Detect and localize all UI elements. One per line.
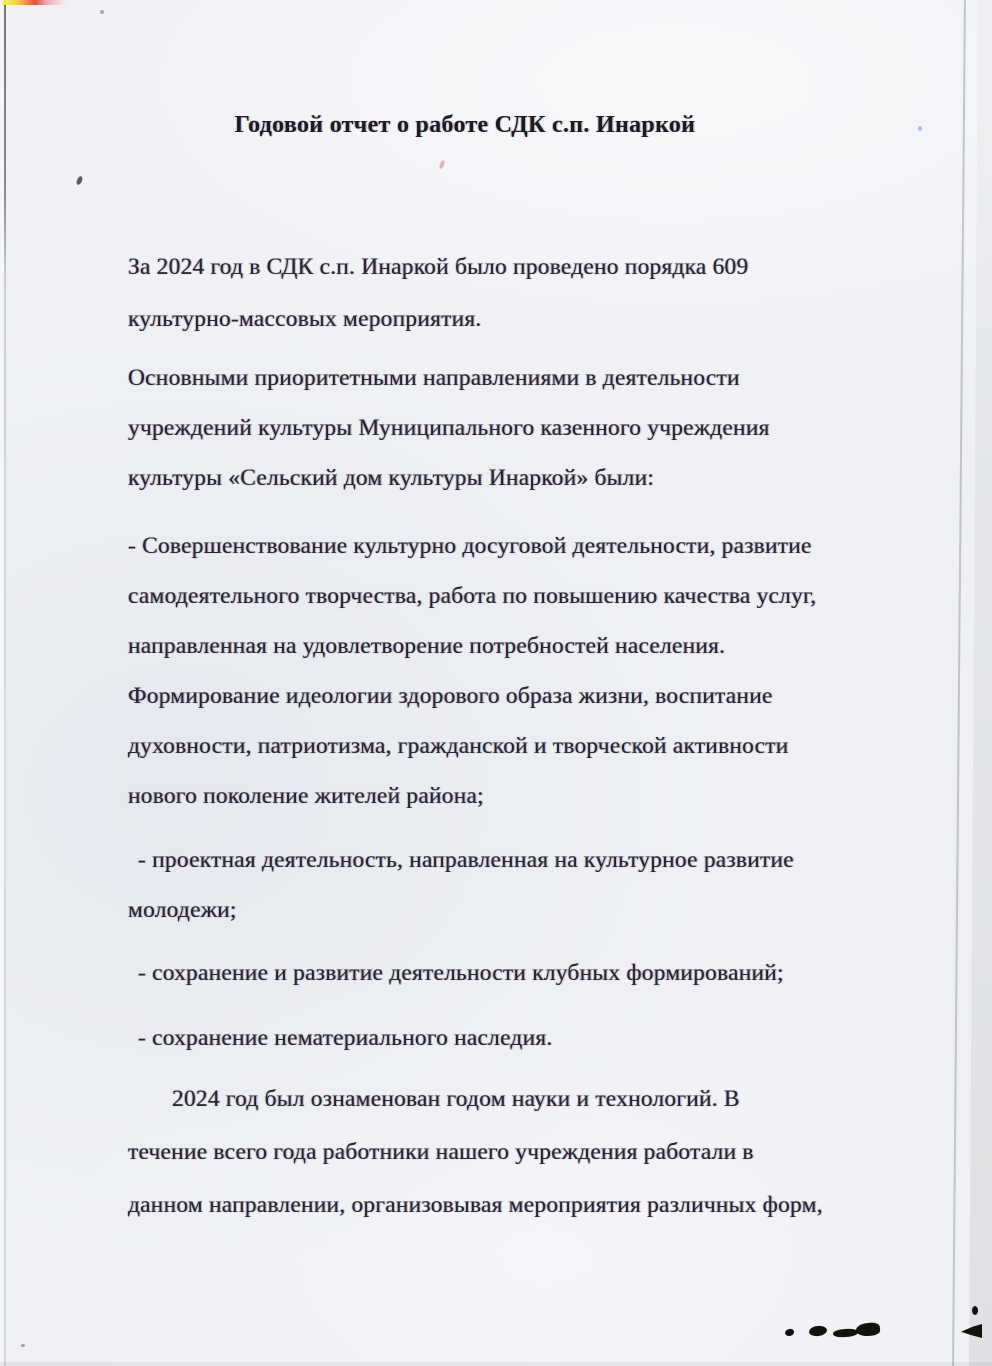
scan-color-artifact-strip bbox=[2, 0, 66, 5]
paragraph-bullet-improvement: - Совершенствование культурно досуговой … bbox=[128, 521, 918, 671]
paragraph-bullet-projects: - проектная деятельность, направленная н… bbox=[128, 835, 918, 935]
text-line: 2024 год был ознаменован годом науки и т… bbox=[128, 1073, 918, 1126]
paragraph-events-count: За 2024 год в СДК с.п. Инаркой было пров… bbox=[128, 241, 918, 345]
text-line: Формирование идеологии здорового образа … bbox=[128, 671, 918, 721]
paragraph-ideology-formation: Формирование идеологии здорового образа … bbox=[128, 671, 918, 821]
paragraph-year-of-science: 2024 год был ознаменован годом науки и т… bbox=[128, 1073, 918, 1232]
text-line: молодежи; bbox=[128, 885, 918, 935]
text-line: духовности, патриотизма, гражданской и т… bbox=[128, 721, 918, 771]
scan-right-paper-edge bbox=[952, 0, 966, 1366]
text-line: данном направлении, организовывая меропр… bbox=[128, 1179, 918, 1232]
text-line: нового поколение жителей района; bbox=[128, 771, 918, 821]
ink-blot bbox=[972, 1306, 978, 1315]
scan-speck-grey bbox=[100, 10, 104, 14]
scan-left-edge-line bbox=[4, 0, 6, 1366]
text-line: - проектная деятельность, направленная н… bbox=[128, 835, 918, 885]
document-title: Годовой отчет о работе СДК с.п. Инаркой bbox=[0, 112, 930, 139]
scan-speck-red bbox=[438, 160, 445, 170]
ink-blot bbox=[784, 1328, 794, 1336]
text-line: - Совершенствование культурно досуговой … bbox=[128, 521, 918, 571]
ink-blot bbox=[833, 1328, 858, 1338]
text-line: Основными приоритетными направлениями в … bbox=[128, 353, 918, 403]
text-line: культурно-массовых мероприятия. bbox=[128, 293, 918, 345]
paragraph-priorities-intro: Основными приоритетными направлениями в … bbox=[128, 353, 918, 503]
text-line: самодеятельного творчества, работа по по… bbox=[128, 571, 918, 621]
text-line: - сохранение нематериального наследия. bbox=[128, 1013, 918, 1063]
text-line: - сохранение и развитие деятельности клу… bbox=[128, 948, 918, 998]
text-line: течение всего года работники нашего учре… bbox=[128, 1126, 918, 1179]
ink-blot bbox=[855, 1322, 880, 1337]
scanned-document-page: Годовой отчет о работе СДК с.п. Инаркой … bbox=[0, 0, 992, 1366]
scan-bottom-shadow bbox=[0, 1362, 992, 1366]
scan-speck-blue bbox=[918, 126, 922, 131]
text-line: направленная на удовлетворение потребнос… bbox=[128, 621, 918, 671]
text-line: За 2024 год в СДК с.п. Инаркой было пров… bbox=[128, 241, 918, 293]
text-line: учреждений культуры Муниципального казен… bbox=[128, 403, 918, 453]
scan-speck-bottom-left bbox=[21, 1344, 25, 1347]
text-line: культуры «Сельский дом культуры Инаркой»… bbox=[128, 453, 918, 503]
paragraph-bullet-heritage: - сохранение нематериального наследия. bbox=[128, 1013, 918, 1063]
scan-speck-comma bbox=[76, 175, 83, 185]
scan-right-paper-shadow bbox=[962, 0, 992, 1366]
paragraph-bullet-club-formations: - сохранение и развитие деятельности клу… bbox=[128, 948, 918, 998]
ink-blot bbox=[808, 1325, 827, 1337]
